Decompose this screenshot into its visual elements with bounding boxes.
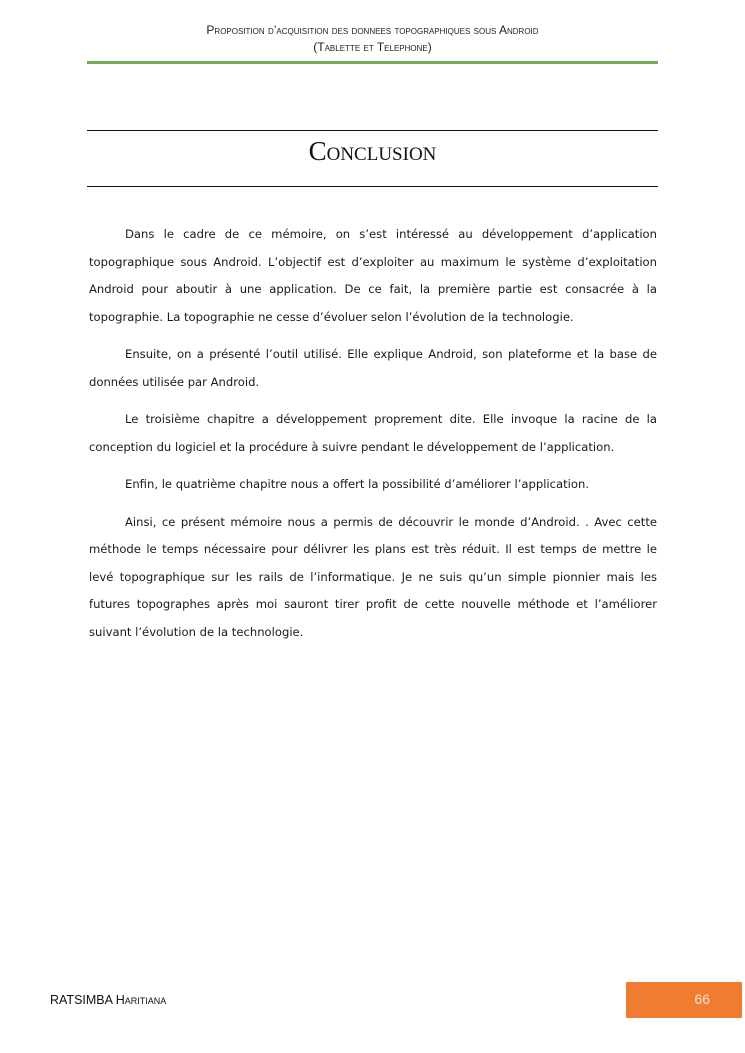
paragraph: Ensuite, on a présenté l’outil utilisé. …	[89, 341, 657, 396]
header-title-line-2: (Tablette et Telephone)	[87, 39, 658, 56]
title-rule-bottom	[87, 186, 658, 187]
title-rule-top	[87, 130, 658, 131]
header-title-line-1: Proposition d’acquisition des donnees to…	[87, 22, 658, 39]
header-divider	[87, 61, 658, 64]
paragraph: Enfin, le quatrième chapitre nous a offe…	[89, 471, 657, 499]
page-number-box: 66	[626, 982, 742, 1018]
body-text: Dans le cadre de ce mémoire, on s’est in…	[89, 221, 657, 656]
chapter-title: Conclusion	[87, 132, 658, 170]
page-number: 66	[694, 991, 710, 1007]
paragraph: Dans le cadre de ce mémoire, on s’est in…	[89, 221, 657, 331]
running-header: Proposition d’acquisition des donnees to…	[87, 22, 658, 56]
footer-author: RATSIMBA Haritiana	[50, 993, 166, 1007]
paragraph: Ainsi, ce présent mémoire nous a permis …	[89, 509, 657, 647]
paragraph: Le troisième chapitre a développement pr…	[89, 406, 657, 461]
